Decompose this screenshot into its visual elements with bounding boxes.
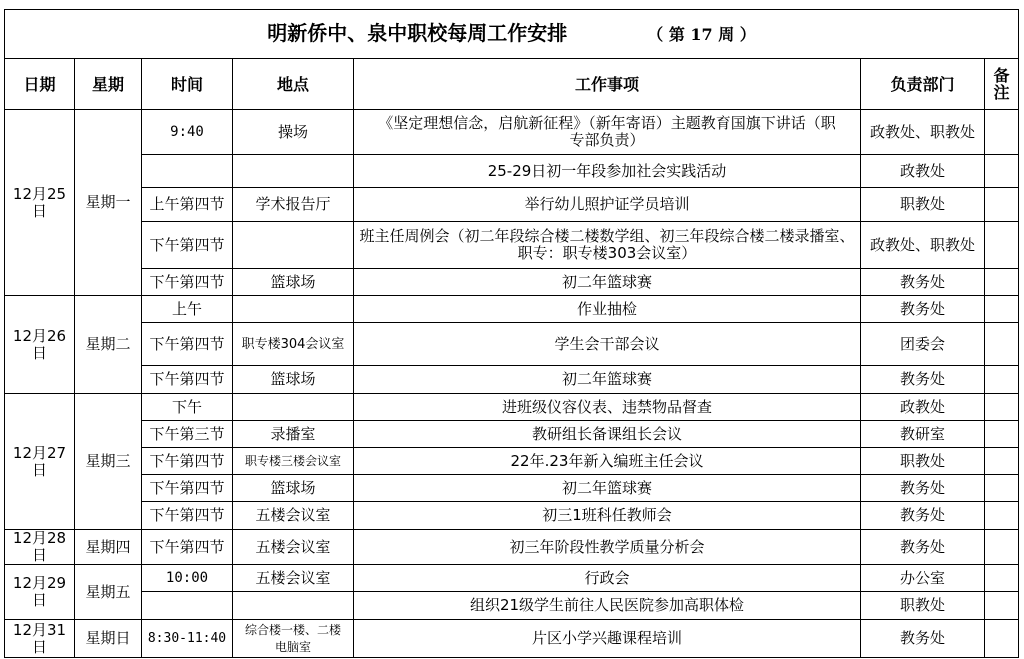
dept-cell: 政教处 (861, 394, 985, 421)
header-date: 日期 (5, 59, 75, 110)
time-cell: 上午 (142, 296, 233, 323)
header-place: 地点 (233, 59, 354, 110)
place-cell: 职专楼304会议室 (233, 323, 354, 366)
place-cell: 录播室 (233, 421, 354, 448)
date-cell: 12月31日 (5, 620, 75, 658)
dept-cell: 教研室 (861, 421, 985, 448)
date-cell: 12月29日 (5, 565, 75, 620)
place-cell (233, 296, 354, 323)
weekly-schedule-table: 明新侨中、泉中职校每周工作安排（ 第 17 周 ） 日期 星期 时间 地点 工作… (4, 9, 1019, 658)
time-cell: 10:00 (142, 565, 233, 592)
remark-cell (985, 421, 1019, 448)
dept-cell: 职教处 (861, 188, 985, 222)
title-row: 明新侨中、泉中职校每周工作安排（ 第 17 周 ） (5, 10, 1019, 59)
time-cell: 下午 (142, 394, 233, 421)
table-row: 25-29日初一年段参加社会实践活动 政教处 (5, 155, 1019, 188)
item-cell: 行政会 (354, 565, 861, 592)
remark-cell (985, 592, 1019, 620)
table-row: 上午第四节 学术报告厅 举行幼儿照护证学员培训 职教处 (5, 188, 1019, 222)
place-cell: 五楼会议室 (233, 565, 354, 592)
dept-cell: 职教处 (861, 448, 985, 475)
time-cell: 下午第四节 (142, 323, 233, 366)
table-row: 下午第四节 篮球场 初二年篮球赛 教务处 (5, 475, 1019, 502)
place-cell (233, 394, 354, 421)
item-cell: 初二年篮球赛 (354, 366, 861, 394)
table-row: 12月25日 星期一 9:40 操场 《坚定理想信念，启航新征程》（新年寄语）主… (5, 110, 1019, 155)
time-cell: 下午第四节 (142, 366, 233, 394)
table-row: 12月29日 星期五 10:00 五楼会议室 行政会 办公室 (5, 565, 1019, 592)
dept-cell: 政教处、职教处 (861, 222, 985, 269)
item-cell: 25-29日初一年段参加社会实践活动 (354, 155, 861, 188)
place-cell: 学术报告厅 (233, 188, 354, 222)
header-weekday: 星期 (75, 59, 142, 110)
header-remark: 备注 (985, 59, 1019, 110)
remark-cell (985, 502, 1019, 530)
place-cell (233, 592, 354, 620)
remark-cell (985, 366, 1019, 394)
place-cell: 职专楼三楼会议室 (233, 448, 354, 475)
time-cell: 上午第四节 (142, 188, 233, 222)
remark-cell (985, 448, 1019, 475)
place-cell (233, 222, 354, 269)
item-cell: 教研组长备课组长会议 (354, 421, 861, 448)
item-cell: 组织21级学生前往人民医院参加高职体检 (354, 592, 861, 620)
dept-cell: 教务处 (861, 530, 985, 565)
title-cell: 明新侨中、泉中职校每周工作安排（ 第 17 周 ） (5, 10, 1019, 59)
dept-cell: 政教处 (861, 155, 985, 188)
remark-cell (985, 222, 1019, 269)
item-cell: 举行幼儿照护证学员培训 (354, 188, 861, 222)
place-cell: 篮球场 (233, 269, 354, 296)
weekday-cell: 星期一 (75, 110, 142, 296)
time-cell: 下午第四节 (142, 269, 233, 296)
time-cell: 9:40 (142, 110, 233, 155)
weekday-cell: 星期五 (75, 565, 142, 620)
page-title: 明新侨中、泉中职校每周工作安排 (267, 21, 567, 45)
time-cell: 下午第四节 (142, 475, 233, 502)
remark-cell (985, 620, 1019, 658)
weekday-cell: 星期三 (75, 394, 142, 530)
table-row: 下午第三节 录播室 教研组长备课组长会议 教研室 (5, 421, 1019, 448)
place-cell (233, 155, 354, 188)
place-cell: 综合楼一楼、二楼电脑室 (233, 620, 354, 658)
item-cell: 片区小学兴趣课程培训 (354, 620, 861, 658)
dept-cell: 教务处 (861, 620, 985, 658)
remark-cell (985, 188, 1019, 222)
table-row: 12月27日 星期三 下午 进班级仪容仪表、违禁物品督查 政教处 (5, 394, 1019, 421)
dept-cell: 政教处、职教处 (861, 110, 985, 155)
table-row: 下午第四节 职专楼304会议室 学生会干部会议 团委会 (5, 323, 1019, 366)
place-cell: 篮球场 (233, 366, 354, 394)
table-row: 组织21级学生前往人民医院参加高职体检 职教处 (5, 592, 1019, 620)
item-cell: 初二年篮球赛 (354, 475, 861, 502)
item-cell: 班主任周例会（初二年段综合楼二楼数学组、初三年段综合楼二楼录播室、职专：职专楼3… (354, 222, 861, 269)
date-cell: 12月26日 (5, 296, 75, 394)
table-row: 下午第四节 篮球场 初二年篮球赛 教务处 (5, 269, 1019, 296)
dept-cell: 教务处 (861, 475, 985, 502)
header-row: 日期 星期 时间 地点 工作事项 负责部门 备注 (5, 59, 1019, 110)
dept-cell: 教务处 (861, 269, 985, 296)
item-cell: 22年.23年新入编班主任会议 (354, 448, 861, 475)
item-cell: 《坚定理想信念，启航新征程》（新年寄语）主题教育国旗下讲话（职专部负责） (354, 110, 861, 155)
date-cell: 12月28日 (5, 530, 75, 565)
table-row: 12月31日 星期日 8:30-11:40 综合楼一楼、二楼电脑室 片区小学兴趣… (5, 620, 1019, 658)
date-cell: 12月25日 (5, 110, 75, 296)
item-cell: 初三年阶段性教学质量分析会 (354, 530, 861, 565)
item-cell: 进班级仪容仪表、违禁物品督查 (354, 394, 861, 421)
remark-cell (985, 530, 1019, 565)
dept-cell: 教务处 (861, 366, 985, 394)
table-row: 下午第四节 职专楼三楼会议室 22年.23年新入编班主任会议 职教处 (5, 448, 1019, 475)
dept-cell: 办公室 (861, 565, 985, 592)
table-row: 下午第四节 篮球场 初二年篮球赛 教务处 (5, 366, 1019, 394)
dept-cell: 职教处 (861, 592, 985, 620)
time-cell: 8:30-11:40 (142, 620, 233, 658)
dept-cell: 教务处 (861, 502, 985, 530)
dept-cell: 团委会 (861, 323, 985, 366)
header-time: 时间 (142, 59, 233, 110)
time-cell: 下午第四节 (142, 448, 233, 475)
item-cell: 作业抽检 (354, 296, 861, 323)
remark-cell (985, 323, 1019, 366)
place-cell: 五楼会议室 (233, 502, 354, 530)
weekday-cell: 星期日 (75, 620, 142, 658)
table-row: 下午第四节 五楼会议室 初三1班科任教师会 教务处 (5, 502, 1019, 530)
remark-cell (985, 269, 1019, 296)
remark-cell (985, 394, 1019, 421)
item-cell: 学生会干部会议 (354, 323, 861, 366)
remark-cell (985, 155, 1019, 188)
remark-cell (985, 296, 1019, 323)
time-cell: 下午第四节 (142, 222, 233, 269)
time-cell: 下午第四节 (142, 530, 233, 565)
header-item: 工作事项 (354, 59, 861, 110)
place-cell: 篮球场 (233, 475, 354, 502)
dept-cell: 教务处 (861, 296, 985, 323)
place-cell: 操场 (233, 110, 354, 155)
remark-cell (985, 475, 1019, 502)
time-cell: 下午第四节 (142, 502, 233, 530)
time-cell: 下午第三节 (142, 421, 233, 448)
remark-cell (985, 565, 1019, 592)
table-row: 12月26日 星期二 上午 作业抽检 教务处 (5, 296, 1019, 323)
item-cell: 初二年篮球赛 (354, 269, 861, 296)
week-label: （ 第 17 周 ） (647, 25, 756, 44)
remark-cell (985, 110, 1019, 155)
table-row: 12月28日 星期四 下午第四节 五楼会议室 初三年阶段性教学质量分析会 教务处 (5, 530, 1019, 565)
place-cell: 五楼会议室 (233, 530, 354, 565)
weekday-cell: 星期四 (75, 530, 142, 565)
date-cell: 12月27日 (5, 394, 75, 530)
header-dept: 负责部门 (861, 59, 985, 110)
time-cell (142, 592, 233, 620)
time-cell (142, 155, 233, 188)
weekday-cell: 星期二 (75, 296, 142, 394)
table-row: 下午第四节 班主任周例会（初二年段综合楼二楼数学组、初三年段综合楼二楼录播室、职… (5, 222, 1019, 269)
item-cell: 初三1班科任教师会 (354, 502, 861, 530)
